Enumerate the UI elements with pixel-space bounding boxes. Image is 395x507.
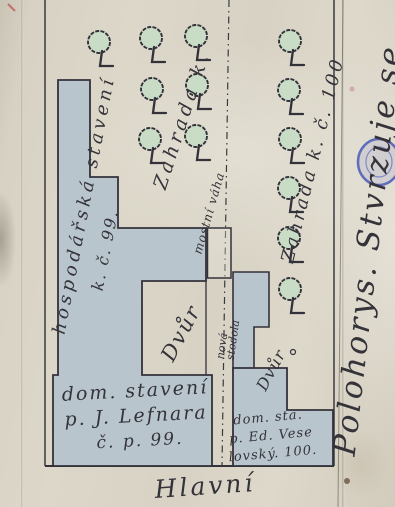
tree-icon	[186, 74, 211, 109]
tree-icon	[140, 27, 165, 62]
plan-drawing	[0, 0, 395, 507]
tree-icon	[279, 278, 304, 313]
tree-icon	[185, 125, 210, 160]
tree-icon	[279, 30, 304, 65]
pink-speck	[350, 87, 355, 92]
tree-icon	[88, 31, 113, 66]
blue-stamp	[358, 139, 395, 185]
tree-icon	[185, 25, 210, 60]
sheet-edge-line	[338, 0, 343, 507]
red-speck	[8, 4, 15, 11]
scanned-site-plan: hospodářská stavení k. č. 99. Zahrada k.…	[0, 0, 395, 507]
tree-icon	[279, 128, 304, 163]
brown-speck	[344, 478, 350, 484]
tree-icon	[278, 177, 303, 212]
tree-icon	[278, 79, 303, 114]
new-barn-footprint	[233, 272, 269, 371]
small-circle-mark	[291, 350, 296, 355]
tree-icon	[141, 78, 166, 113]
weighbridge-platform	[208, 228, 232, 278]
house-100-footprint	[233, 368, 333, 466]
tree-icon	[278, 227, 303, 262]
tree-icon	[139, 128, 164, 163]
